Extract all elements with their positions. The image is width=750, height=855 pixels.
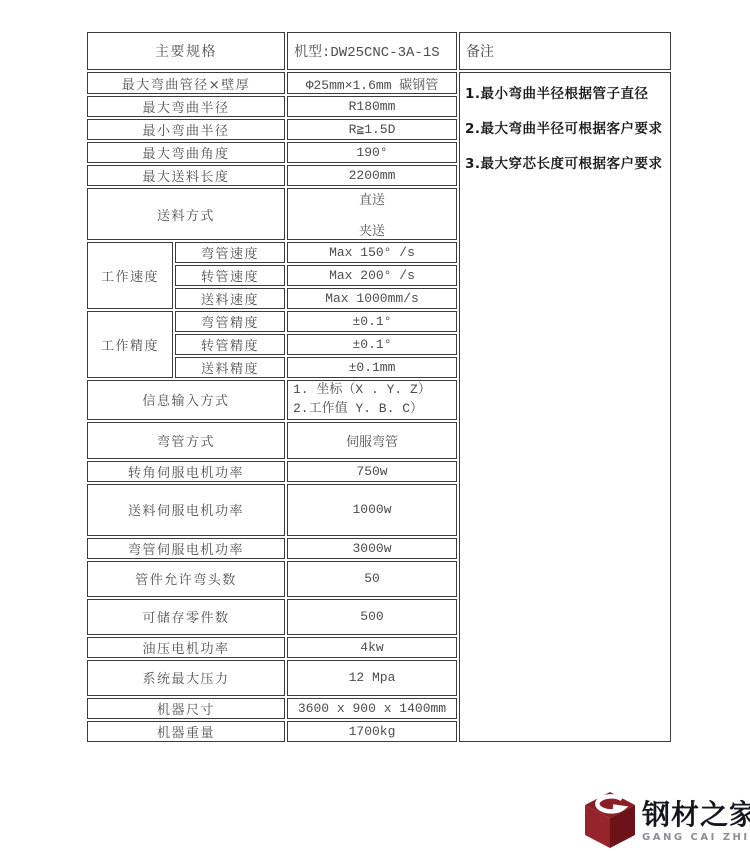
row-value: 伺服弯管 — [287, 422, 457, 459]
row-label: 最大送料长度 — [87, 165, 285, 186]
group-label-work-precision: 工作精度 — [87, 311, 173, 378]
row-label: 可储存零件数 — [87, 599, 285, 635]
row-value-input-mode: 1. 坐标（X . Y. Z） 2.工作值 Y. B. C） — [287, 380, 457, 420]
row-value: 50 — [287, 561, 457, 597]
input-mode-line: 2.工作值 Y. B. C） — [293, 400, 453, 419]
logo-cn-text: 钢材之家 — [642, 801, 750, 829]
notes-cell: 1.最小弯曲半径根据管子直径 2.最大弯曲半径可根据客户要求 3.最大穿芯长度可… — [459, 72, 671, 742]
row-label: 油压电机功率 — [87, 637, 285, 658]
feed-value-direct: 直送 — [291, 189, 453, 208]
gangcai-logo: 钢材之家 GANG CAI ZHI JIA — [585, 791, 750, 853]
subrow-value: Max 1000mm/s — [287, 288, 457, 309]
note-item: 3.最大穿芯长度可根据客户要求 — [465, 152, 666, 172]
subrow-value: ±0.1° — [287, 334, 457, 355]
subrow-label: 送料精度 — [175, 357, 285, 378]
row-label: 最大弯曲管径×壁厚 — [87, 72, 285, 94]
row-value: 190° — [287, 142, 457, 163]
row-value: 1000w — [287, 484, 457, 536]
row-label: 机器重量 — [87, 721, 285, 742]
row-value-feed-mode: 直送 夹送 — [287, 188, 457, 240]
subrow-label: 弯管精度 — [175, 311, 285, 332]
row-label: 最大弯曲半径 — [87, 96, 285, 117]
row-value: R180mm — [287, 96, 457, 117]
row-label-input-mode: 信息输入方式 — [87, 380, 285, 420]
row-label: 最大弯曲角度 — [87, 142, 285, 163]
row-label: 弯管方式 — [87, 422, 285, 459]
row-value: 1700kg — [287, 721, 457, 742]
row-value: 750w — [287, 461, 457, 482]
row-value: R≧1.5D — [287, 119, 457, 140]
row-label: 系统最大压力 — [87, 660, 285, 696]
row-value: 4kw — [287, 637, 457, 658]
row-label: 转角伺服电机功率 — [87, 461, 285, 482]
row-label: 送料伺服电机功率 — [87, 484, 285, 536]
row-value: Φ25mm×1.6mm 碳钢管 — [287, 72, 457, 94]
spec-table: 主要规格 机型:DW25CNC-3A-1S 备注 最大弯曲管径×壁厚 Φ25mm… — [85, 30, 673, 744]
subrow-value: ±0.1° — [287, 311, 457, 332]
row-value: 3600 x 900 x 1400mm — [287, 698, 457, 719]
row-value: 12 Mpa — [287, 660, 457, 696]
subrow-label: 弯管速度 — [175, 242, 285, 263]
logo-text: 钢材之家 GANG CAI ZHI JIA — [642, 801, 750, 843]
row-label: 机器尺寸 — [87, 698, 285, 719]
row-label-feed-mode: 送料方式 — [87, 188, 285, 240]
subrow-label: 送料速度 — [175, 288, 285, 309]
group-label-work-speed: 工作速度 — [87, 242, 173, 309]
row-label: 弯管伺服电机功率 — [87, 538, 285, 559]
cube-logo-icon — [585, 791, 635, 853]
subrow-value: ±0.1mm — [287, 357, 457, 378]
row-value: 500 — [287, 599, 457, 635]
note-item: 2.最大弯曲半径可根据客户要求 — [465, 117, 666, 137]
subrow-label: 转管精度 — [175, 334, 285, 355]
header-main-spec: 主要规格 — [87, 32, 285, 70]
logo-en-text: GANG CAI ZHI JIA — [642, 832, 750, 843]
header-model: 机型:DW25CNC-3A-1S — [287, 32, 457, 70]
feed-value-clamp: 夹送 — [291, 220, 453, 239]
input-mode-line: 1. 坐标（X . Y. Z） — [293, 381, 453, 400]
note-item: 1.最小弯曲半径根据管子直径 — [465, 82, 666, 102]
row-label: 管件允许弯头数 — [87, 561, 285, 597]
row-label: 最小弯曲半径 — [87, 119, 285, 140]
header-notes: 备注 — [459, 32, 671, 70]
subrow-label: 转管速度 — [175, 265, 285, 286]
subrow-value: Max 200° /s — [287, 265, 457, 286]
row-value: 2200mm — [287, 165, 457, 186]
row-value: 3000w — [287, 538, 457, 559]
subrow-value: Max 150° /s — [287, 242, 457, 263]
